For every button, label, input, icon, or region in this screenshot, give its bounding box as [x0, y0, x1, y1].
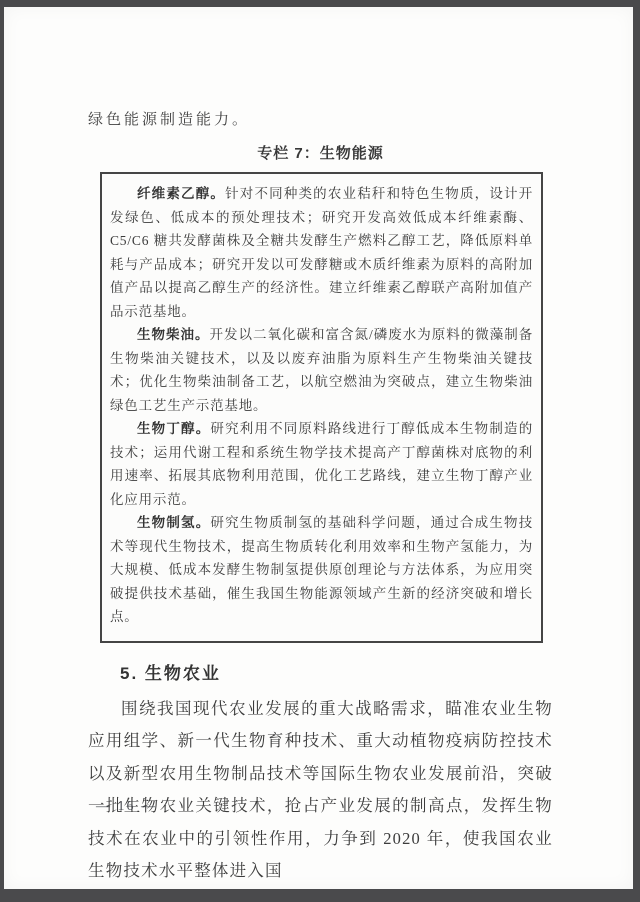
box-paragraph-term: 纤维素乙醇。	[137, 186, 225, 201]
box-paragraph-term: 生物柴油。	[137, 327, 210, 342]
document-page: 绿色能源制造能力。 专栏 7：生物能源 纤维素乙醇。针对不同种类的农业秸秆和特色…	[4, 7, 633, 889]
box-paragraph-biohydrogen: 生物制氢。研究生物质制氢的基础科学问题，通过合成生物技术等现代生物技术，提高生物…	[110, 511, 533, 629]
section-heading-bio-agriculture: 5. 生物农业	[120, 663, 553, 685]
intro-line: 绿色能源制造能力。	[88, 111, 553, 130]
box-paragraph-cellulosic-ethanol: 纤维素乙醇。针对不同种类的农业秸秆和特色生物质，设计开发绿色、低成本的预处理技术…	[110, 182, 533, 323]
page-number: — 16 —	[96, 799, 157, 815]
box-title: 专栏 7：生物能源	[88, 144, 553, 164]
box-paragraph-biobutanol: 生物丁醇。研究利用不同原料路线进行丁醇低成本生物制造的技术；运用代谢工程和系统生…	[110, 417, 533, 511]
box-paragraph-text: 针对不同种类的农业秸秆和特色生物质，设计开发绿色、低成本的预处理技术；研究开发高…	[110, 186, 533, 319]
section-paragraph: 围绕我国现代农业发展的重大战略需求，瞄准农业生物应用组学、新一代生物育种技术、重…	[88, 693, 553, 888]
box-paragraph-biodiesel: 生物柴油。开发以二氧化碳和富含氮/磷废水为原料的微藻制备生物柴油关键技术，以及以…	[110, 323, 533, 417]
box-paragraph-term: 生物丁醇。	[137, 421, 210, 436]
box-paragraph-text: 研究生物质制氢的基础科学问题，通过合成生物技术等现代生物技术，提高生物质转化利用…	[110, 515, 533, 624]
box-paragraph-term: 生物制氢。	[137, 515, 210, 530]
column-box: 纤维素乙醇。针对不同种类的农业秸秆和特色生物质，设计开发绿色、低成本的预处理技术…	[100, 172, 543, 643]
